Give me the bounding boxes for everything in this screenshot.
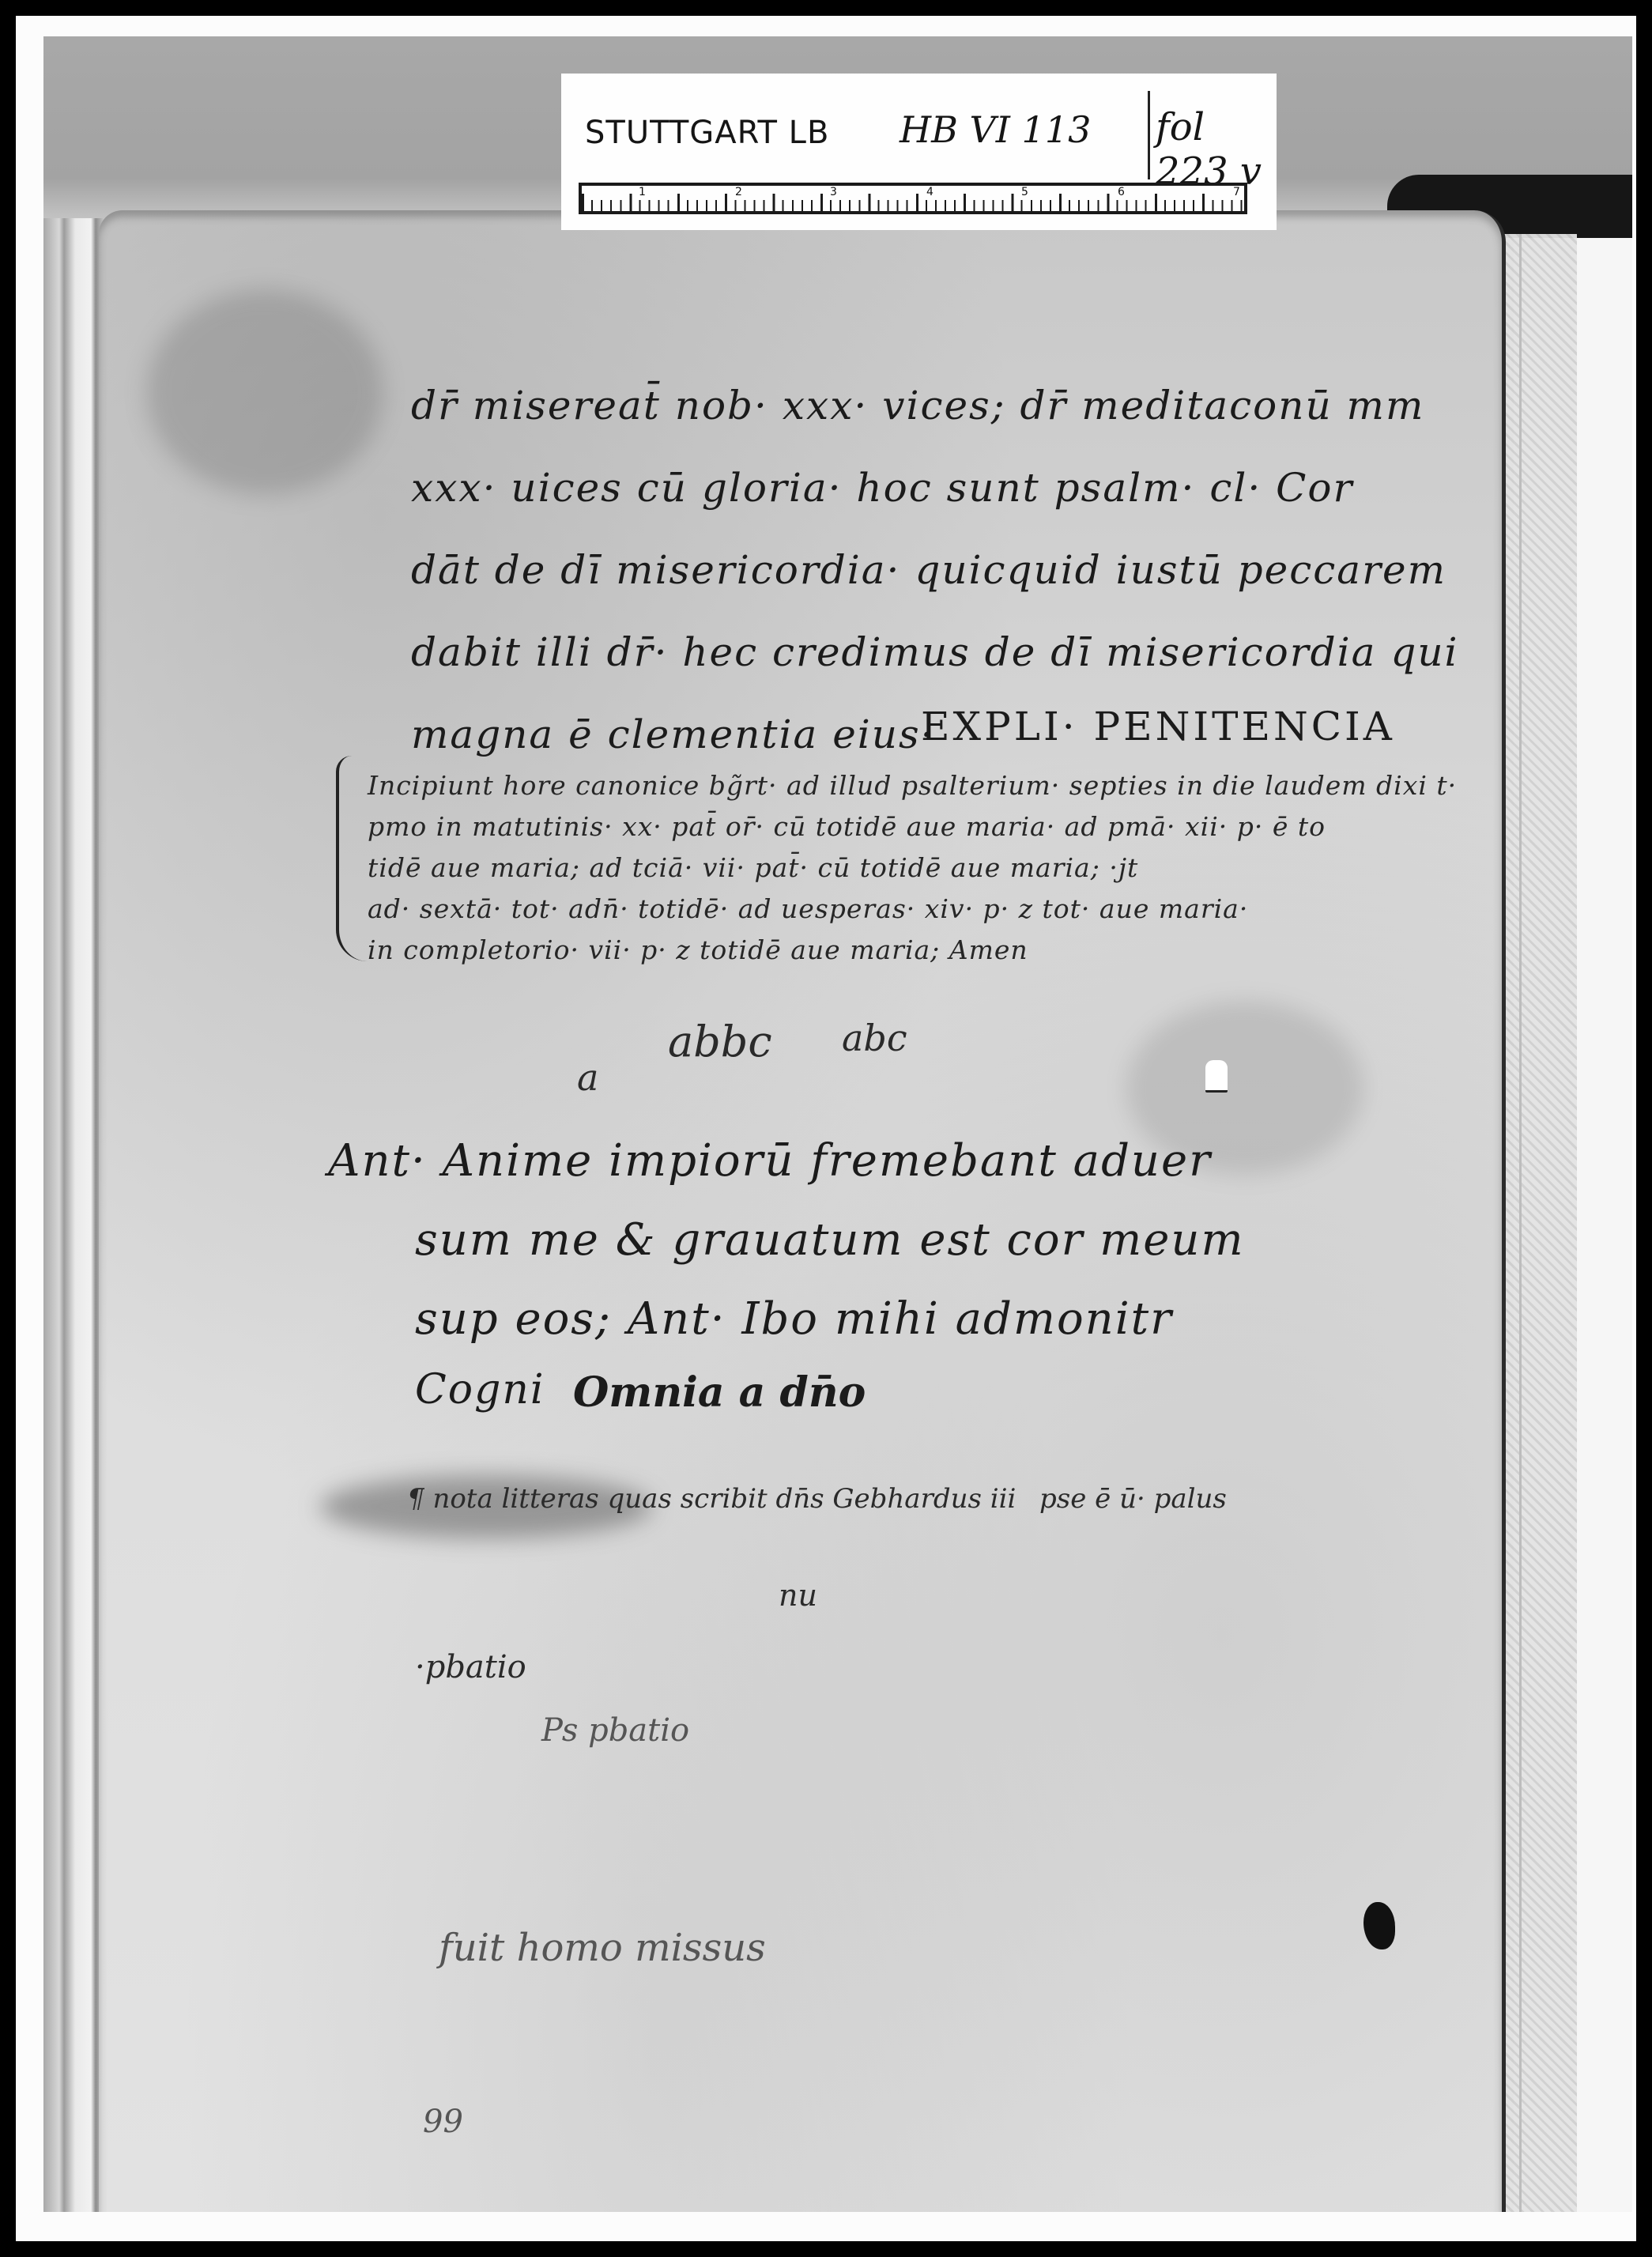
note-nu: nu (779, 1578, 817, 1613)
main-text-line-3: dāt de dī misericordia· quicquid iustū p… (411, 547, 1446, 593)
main-text-line-5: magna ē clementia eius· (411, 711, 935, 757)
rubric-line-5: in completorio· vii· p· z totidē aue mar… (368, 934, 1028, 965)
manuscript-photograph: dr̄ misereat̄ nob· xxx· vices; dr̄ medit… (43, 36, 1632, 2212)
rubric-line-1: Incipiunt hore canonice bg̃rt· ad illud … (368, 770, 1457, 801)
bottom-line: fuit homo missus (439, 1926, 766, 1970)
label-divider (1148, 91, 1150, 179)
pen-trial-abbc: abbc (668, 1017, 772, 1066)
page-tab (1205, 1060, 1228, 1093)
pen-trial-abc: abc (842, 1017, 907, 1059)
probatio-1: ·pbatio (415, 1649, 526, 1685)
pen-trial-a: a (577, 1056, 598, 1099)
ruler-tick-7: 7 (1233, 186, 1240, 198)
ruler-tick-4: 4 (926, 186, 933, 198)
antiphon-line-2: sum me & grauatum est cor meum (415, 1214, 1245, 1266)
main-text-line-1: dr̄ misereat̄ nob· xxx· vices; dr̄ medit… (411, 383, 1424, 428)
antiphon-line-4b: Omnia a dn̄o (573, 1368, 866, 1417)
antiphon-line-4: Cogni (415, 1366, 545, 1413)
label-library: STUTTGART LB (585, 115, 829, 151)
ruler-tick-3: 3 (830, 186, 837, 198)
rubric-line-4: ad· sextā· tot· adn̄· totidē· ad uespera… (368, 893, 1248, 924)
ruler-tick-1: 1 (639, 186, 646, 198)
spine-fold (1519, 234, 1522, 2212)
antiphon-line-1: Ant· Anime impiorū fremebant aduer (328, 1135, 1212, 1187)
ruler-tick-6: 6 (1118, 186, 1125, 198)
manuscript-page: dr̄ misereat̄ nob· xxx· vices; dr̄ medit… (99, 210, 1506, 2212)
label-folio: fol 223 v (1156, 105, 1277, 194)
ruler-tick-5: 5 (1021, 186, 1028, 198)
rubric-line-2: pmo in matutinis· xx· pat̄ or̄· cū totid… (368, 811, 1326, 842)
probatio-2: Ps pbatio (541, 1712, 689, 1749)
ruler-tick-2: 2 (735, 186, 742, 198)
antiphon-line-3: sup eos; Ant· Ibo mihi admonitr (415, 1293, 1173, 1345)
main-text-line-4: dabit illi dr̄· hec credimus de dī miser… (411, 629, 1459, 675)
archive-label: STUTTGART LB HB VI 113 fol 223 v 1 2 3 4… (561, 74, 1277, 230)
right-note: pse ē ū· palus (1039, 1483, 1227, 1515)
scale-ruler (579, 183, 1247, 214)
label-shelfmark: HB VI 113 (900, 108, 1091, 151)
rubric-line-3: tidē aue maria; ad tciā· vii· pat̄· cū t… (368, 852, 1138, 883)
main-text-line-2: xxx· uices cū gloria· hoc sunt psalm· cl… (411, 465, 1353, 511)
ink-blot (1363, 1902, 1395, 1949)
page-number: 99 (423, 2104, 463, 2140)
explicit-heading: EXPLI· PENITENCIA (921, 704, 1395, 749)
nota-line: ¶ nota litteras quas scribit dn̄s Gebhar… (407, 1483, 1016, 1515)
